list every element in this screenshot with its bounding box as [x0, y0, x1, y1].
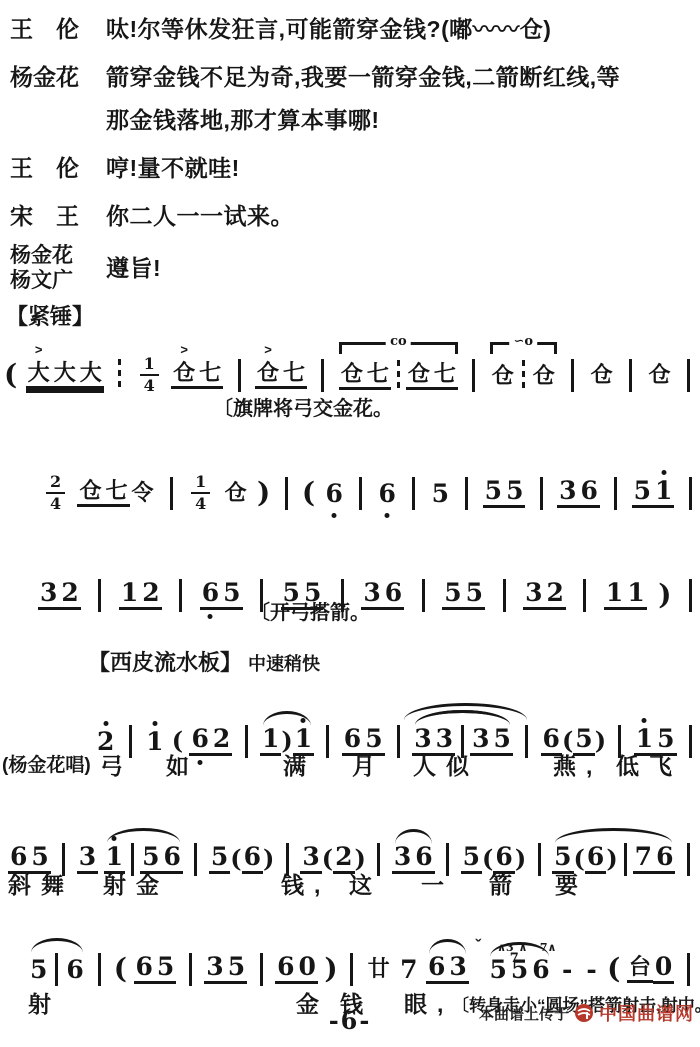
- beam-group: 55: [483, 478, 526, 508]
- barline: [689, 725, 692, 758]
- speaker-name-line: 杨文广: [10, 268, 106, 293]
- barline: [689, 477, 692, 510]
- speaker-name: 杨金花: [10, 56, 106, 142]
- note: 2: [211, 726, 232, 756]
- parenthesis: ): [324, 955, 337, 983]
- beam-group: 35: [204, 954, 247, 984]
- beam-group: 65: [134, 954, 177, 984]
- lyric: 要: [555, 867, 588, 900]
- note: 2: [544, 580, 565, 610]
- note: 7: [398, 957, 419, 982]
- barline: [194, 843, 197, 876]
- note: 5: [504, 478, 525, 508]
- barline: [472, 359, 475, 392]
- dialogue-text-lines: 箭穿金钱不足为奇,我要一箭穿金钱,二箭断红线,等那金钱落地,那才算本事哪!: [106, 56, 696, 142]
- aria-section-label: 【西皮流水板】中速稍快: [88, 646, 320, 677]
- octave-dot-above: [661, 470, 666, 475]
- note: 6: [134, 954, 155, 984]
- slur-group: 63: [426, 954, 469, 984]
- octave-dot-above: [642, 718, 647, 723]
- time-sig-numerator: 1: [191, 474, 210, 494]
- note: 6: [275, 954, 296, 984]
- parenthesis: ): [263, 847, 274, 871]
- note: 1: [119, 580, 140, 610]
- note: 6: [200, 580, 221, 610]
- note: 1: [144, 729, 165, 754]
- tempo-marking: 中速稍快: [248, 654, 320, 674]
- beam-group: 36: [557, 478, 600, 508]
- barline: [571, 359, 574, 392]
- barline: [687, 359, 690, 392]
- beam-group: 仓>七: [171, 362, 223, 389]
- lyric: 如: [166, 748, 199, 781]
- barline: [397, 725, 400, 758]
- note: 6: [323, 481, 344, 506]
- dialogue-text-line: 你二人一一试来。: [106, 195, 696, 238]
- note: 5: [221, 580, 242, 610]
- percussion-syllable: 令: [130, 482, 156, 504]
- speaker-name: 杨金花杨文广: [10, 243, 106, 293]
- lyric: 人似: [413, 748, 479, 781]
- barline: [350, 953, 353, 986]
- qupu-logo-icon: [574, 1003, 594, 1023]
- percussion-syllable: 大>: [26, 362, 52, 389]
- time-signature: 14: [140, 356, 159, 394]
- bracket-label: ∽o: [510, 334, 538, 349]
- beam-group: 32: [38, 580, 81, 610]
- barline: [189, 953, 192, 986]
- note: 5: [430, 481, 451, 506]
- dialogue-text: 遵旨!: [106, 243, 696, 293]
- time-signature: 24: [46, 474, 65, 512]
- barline: [540, 477, 543, 510]
- note: 6: [377, 481, 398, 506]
- repeat-bracket: ∽o仓仓: [490, 358, 557, 393]
- percussion-syllable: 仓: [77, 480, 103, 507]
- percussion-syllable: 七: [281, 362, 307, 389]
- beam-group: 大>大大: [26, 362, 104, 389]
- barline: [687, 953, 690, 986]
- speaker-name-line: 杨金花: [10, 56, 106, 99]
- time-signature: 14: [191, 474, 210, 512]
- dialogue-row: 杨金花杨文广遵旨!: [10, 243, 696, 293]
- stage-caption: 〔旗牌将弓交金花。: [213, 392, 393, 421]
- barline: [538, 843, 541, 876]
- repeat-bracket: co仓七仓七: [339, 358, 458, 393]
- note: 5: [464, 580, 485, 610]
- barline: [326, 725, 329, 758]
- barline: [412, 477, 415, 510]
- time-sig-denominator: 4: [144, 376, 155, 394]
- note: 1: [653, 478, 674, 508]
- dialogue-text-line: 遵旨!: [106, 247, 161, 290]
- note: 1: [260, 726, 281, 756]
- note: 5: [461, 844, 482, 874]
- note: 0: [653, 954, 674, 984]
- barline: [321, 359, 324, 392]
- percussion-syllable: 仓: [406, 363, 432, 390]
- dialogue-row: 王 伦呔!尔等休发狂言,可能箭穿金钱?(嘟〰〰仓): [10, 8, 696, 51]
- dialogue-text-line: 那金钱落地,那才算本事哪!: [106, 99, 696, 142]
- speaker-name-line: 宋 王: [10, 195, 106, 238]
- note: 0: [296, 954, 317, 984]
- note: 3: [77, 844, 98, 874]
- lyric: 射金: [103, 867, 169, 900]
- ornament-mark: 7∧: [540, 942, 557, 953]
- parenthesis: ): [606, 847, 617, 871]
- note: 5: [483, 478, 504, 508]
- lyric: 一: [421, 867, 454, 900]
- time-sig-denominator: 4: [195, 494, 206, 512]
- dialogue-text-lines: 你二人一一试来。: [106, 195, 696, 238]
- note: 6: [426, 954, 447, 984]
- octave-dot-below: [332, 513, 337, 518]
- singer-tag: (杨金花唱): [2, 750, 91, 777]
- beam-group: 60: [275, 954, 318, 984]
- percussion-syllable: 仓: [647, 364, 673, 386]
- dialogue-text-line: 呔!尔等休发狂言,可能箭穿金钱?(嘟〰〰仓): [106, 8, 696, 51]
- time-sig-denominator: 4: [50, 494, 61, 512]
- ornament-mark: ∧: [518, 942, 527, 953]
- percussion-syllable: 仓: [531, 365, 557, 387]
- barline: [583, 579, 586, 612]
- barline: [179, 579, 182, 612]
- percussion-section-label: 【紧锤】: [6, 300, 94, 331]
- note: 7: [633, 844, 654, 874]
- barline: [98, 579, 101, 612]
- lyric: 燕,: [553, 748, 602, 781]
- percussion-syllable: 大: [78, 362, 104, 389]
- speaker-name: 王 伦: [10, 147, 106, 190]
- barline: [624, 843, 627, 876]
- dashed-barline: [118, 359, 121, 392]
- percussion-syllable: 七: [103, 480, 129, 507]
- note: 5: [491, 726, 512, 756]
- dialogue-text-lines: 呔!尔等休发狂言,可能箭穿金钱?(嘟〰〰仓): [106, 8, 696, 51]
- beam-group: 仓七令: [77, 480, 155, 507]
- barline: [245, 725, 248, 758]
- dialogue-text: 你二人一一试来。: [106, 195, 696, 238]
- extension-dash: -: [558, 955, 576, 984]
- sheet-music-page: 王 伦呔!尔等休发狂言,可能箭穿金钱?(嘟〰〰仓)杨金花箭穿金钱不足为奇,我要一…: [0, 0, 700, 1047]
- lyric: 弓: [100, 748, 133, 781]
- dialogue-row: 杨金花箭穿金钱不足为奇,我要一箭穿金钱,二箭断红线,等那金钱落地,那才算本事哪!: [10, 56, 696, 142]
- octave-dot-above: [112, 836, 117, 841]
- dialogue-text: 呔!尔等休发狂言,可能箭穿金钱?(嘟〰〰仓): [106, 8, 696, 51]
- barline: [629, 359, 632, 392]
- dialogue-row: 王 伦哼!量不就哇!: [10, 147, 696, 190]
- dashed-barline: [522, 360, 525, 393]
- note: 1: [625, 580, 646, 610]
- time-sig-numerator: 1: [140, 356, 159, 376]
- parenthesis: (: [230, 847, 241, 871]
- note: 5: [155, 954, 176, 984]
- accent-mark: >: [264, 343, 272, 356]
- note: 5∧37: [487, 957, 508, 982]
- accent-mark: >: [180, 343, 188, 356]
- beam-group: 32: [523, 580, 566, 610]
- watermark-prefix: 本曲谱上传于: [479, 1003, 569, 1024]
- lyric: 箭: [489, 867, 522, 900]
- lyric: 低飞: [616, 748, 682, 781]
- note: 6: [585, 844, 606, 874]
- note: 5: [442, 580, 463, 610]
- speaker-name: 宋 王: [10, 195, 106, 238]
- watermark: 本曲谱上传于 中国曲谱网: [479, 1000, 694, 1026]
- octave-dot-below: [208, 614, 213, 619]
- parenthesis: ): [257, 479, 270, 507]
- note: 1: [604, 580, 625, 610]
- percussion-syllable: 大: [52, 362, 78, 389]
- note: 3: [204, 954, 225, 984]
- percussion-syllable: 廿: [366, 958, 392, 980]
- note: 5: [28, 957, 49, 982]
- note: 3: [392, 844, 413, 874]
- beam-group: 仓七: [406, 363, 458, 390]
- barline: [465, 477, 468, 510]
- speaker-name-line: 王 伦: [10, 8, 106, 51]
- octave-dot-above: [103, 721, 108, 726]
- note: 5∧: [509, 957, 530, 982]
- beam-group: 仓七: [339, 363, 391, 390]
- barline: [98, 953, 101, 986]
- barline: [689, 579, 692, 612]
- note: 3: [447, 954, 468, 984]
- barline: [525, 725, 528, 758]
- barline: [422, 579, 425, 612]
- percussion-syllable: 七: [432, 363, 458, 390]
- accent-mark: >: [35, 343, 43, 356]
- extension-dash: -: [583, 955, 601, 984]
- music-line-percussion-2: 24仓七令14仓)(665553651: [42, 448, 698, 522]
- percussion-syllable: 仓: [490, 365, 516, 387]
- parenthesis: (: [302, 479, 315, 507]
- note: 67∧: [530, 957, 551, 982]
- barline: [260, 953, 263, 986]
- note: 5: [226, 954, 247, 984]
- lyric: 钱,: [281, 867, 330, 900]
- parenthesis: (: [114, 955, 127, 983]
- barline: [170, 477, 173, 510]
- speaker-name-line: 王 伦: [10, 147, 106, 190]
- percussion-syllable: 七: [197, 362, 223, 389]
- barline: [687, 843, 690, 876]
- beam-group: 12: [119, 580, 162, 610]
- note: 6: [654, 844, 675, 874]
- dashed-barline: [397, 360, 400, 393]
- beam-group: 55: [442, 580, 485, 610]
- dialogue-section: 王 伦呔!尔等休发狂言,可能箭穿金钱?(嘟〰〰仓)杨金花箭穿金钱不足为奇,我要一…: [10, 8, 696, 298]
- beam-group: 65: [200, 580, 243, 610]
- parenthesis: (: [607, 955, 620, 983]
- percussion-syllable: 仓: [223, 482, 249, 504]
- note: 6: [242, 844, 263, 874]
- note: 3: [557, 478, 578, 508]
- note: 5: [209, 844, 230, 874]
- octave-dot-below: [385, 513, 390, 518]
- beam-group: 51: [632, 478, 675, 508]
- barline: [503, 579, 506, 612]
- beam-group: 仓>七: [255, 362, 307, 389]
- percussion-syllable: 七: [365, 363, 391, 390]
- lyric: 斜舞: [8, 867, 74, 900]
- beam-group: 11: [604, 580, 647, 610]
- lyric: 满: [283, 748, 316, 781]
- parenthesis: (: [4, 361, 17, 389]
- time-sig-numerator: 2: [46, 474, 65, 494]
- dialogue-text: 箭穿金钱不足为奇,我要一箭穿金钱,二箭断红线,等那金钱落地,那才算本事哪!: [106, 56, 696, 142]
- percussion-syllable: 仓>: [255, 362, 281, 389]
- beam-group: 76: [633, 844, 676, 874]
- dialogue-text-line: 箭穿金钱不足为奇,我要一箭穿金钱,二箭断红线,等: [106, 56, 696, 99]
- dialogue-text: 哼!量不就哇!: [106, 147, 696, 190]
- percussion-syllable: 仓: [339, 363, 365, 390]
- octave-dot-above: [301, 718, 306, 723]
- speaker-name: 王 伦: [10, 8, 106, 51]
- dialogue-text-lines: 哼!量不就哇!: [106, 147, 696, 190]
- note: 3: [523, 580, 544, 610]
- watermark-site: 中国曲谱网: [599, 1000, 694, 1026]
- dialogue-text-line: 哼!量不就哇!: [106, 147, 696, 190]
- note: 3: [38, 580, 59, 610]
- barline: [614, 477, 617, 510]
- beam-group: 台0: [627, 954, 674, 984]
- barline: [238, 359, 241, 392]
- slur-group: 56: [28, 953, 86, 986]
- percussion-syllable: 仓: [589, 364, 615, 386]
- slur-group: 5∧375∧67∧: [487, 957, 551, 982]
- note: 6: [579, 478, 600, 508]
- breath-mark: ˇ: [475, 936, 481, 956]
- octave-dot-above: [152, 721, 157, 726]
- lyric: 这: [349, 867, 382, 900]
- note: 5: [632, 478, 653, 508]
- percussion-syllable: 台: [627, 956, 653, 983]
- note: 2: [59, 580, 80, 610]
- barline: [285, 477, 288, 510]
- lyric: 月: [352, 748, 385, 781]
- barline: [55, 953, 58, 986]
- parenthesis: ): [658, 581, 671, 609]
- stage-caption: 〔开弓搭箭。: [250, 596, 370, 625]
- dialogue-text-lines: 遵旨!: [106, 247, 161, 290]
- aria-name-label: 【西皮流水板】: [88, 650, 242, 675]
- note: 6: [383, 580, 404, 610]
- barline: [359, 477, 362, 510]
- bracket-label: co: [386, 334, 411, 349]
- percussion-syllable: 仓>: [171, 362, 197, 389]
- note: 2: [140, 580, 161, 610]
- speaker-name-line: 杨金花: [10, 243, 106, 268]
- beam-group: 5(6): [209, 844, 275, 874]
- note: 6: [64, 957, 85, 982]
- dialogue-row: 宋 王你二人一一试来。: [10, 195, 696, 238]
